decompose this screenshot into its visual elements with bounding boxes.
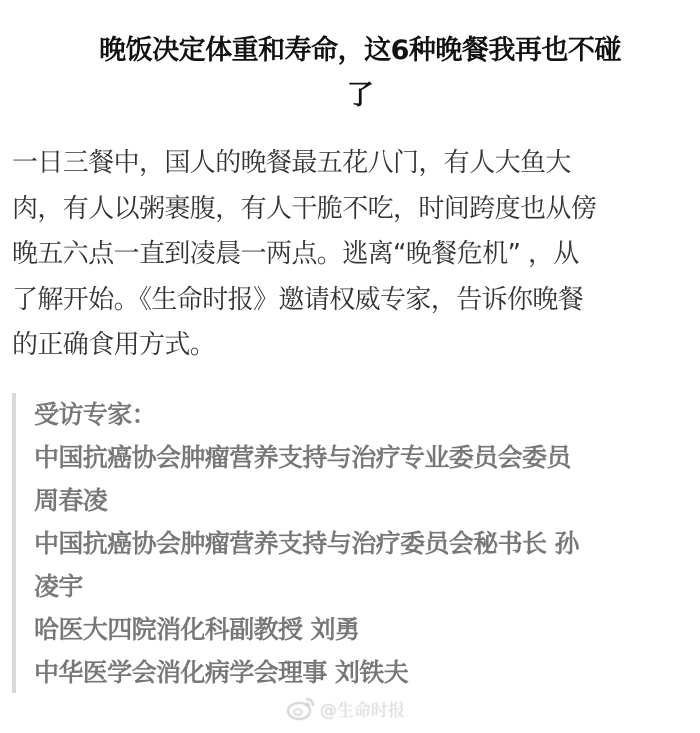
title-line-1: 晚饭决定体重和寿命，这6种晚餐我再也不碰 (40, 28, 680, 73)
expert-line: 中国抗癌协会肿瘤营养支持与治疗委员会秘书长 孙 (34, 522, 682, 565)
intro-line: 肉，有人以粥裹腹，有人干脆不吃，时间跨度也从傍 (12, 187, 692, 233)
expert-line: 哈医大四院消化科副教授 刘勇 (34, 608, 682, 651)
intro-line: 一日三餐中，国人的晚餐最五花八门，有人大鱼大 (12, 141, 692, 187)
experts-heading: 受访专家： (34, 393, 682, 436)
watermark-text: @生命时报 (320, 696, 405, 721)
article-title: 晚饭决定体重和寿命，这6种晚餐我再也不碰 了 (40, 28, 680, 118)
expert-line: 中华医学会消化病学会理事 刘铁夫 (34, 651, 682, 694)
weibo-watermark: @生命时报 (286, 695, 405, 721)
intro-line: 的正确食用方式。 (12, 323, 692, 369)
expert-line: 周春凌 (34, 479, 682, 522)
expert-line: 中国抗癌协会肿瘤营养支持与治疗专业委员会委员 (34, 436, 682, 479)
title-line-2: 了 (40, 73, 680, 118)
weibo-icon (286, 695, 316, 721)
experts-blockquote: 受访专家： 中国抗癌协会肿瘤营养支持与治疗专业委员会委员 周春凌 中国抗癌协会肿… (12, 393, 682, 693)
expert-line: 凌宇 (34, 565, 682, 608)
intro-line: 了解开始。《生命时报》邀请权威专家，告诉你晚餐 (12, 278, 692, 324)
intro-line: 晚五六点一直到凌晨一两点。逃离“晚餐危机” ，从 (12, 232, 692, 278)
article-intro: 一日三餐中，国人的晚餐最五花八门，有人大鱼大 肉，有人以粥裹腹，有人干脆不吃，时… (12, 141, 692, 369)
